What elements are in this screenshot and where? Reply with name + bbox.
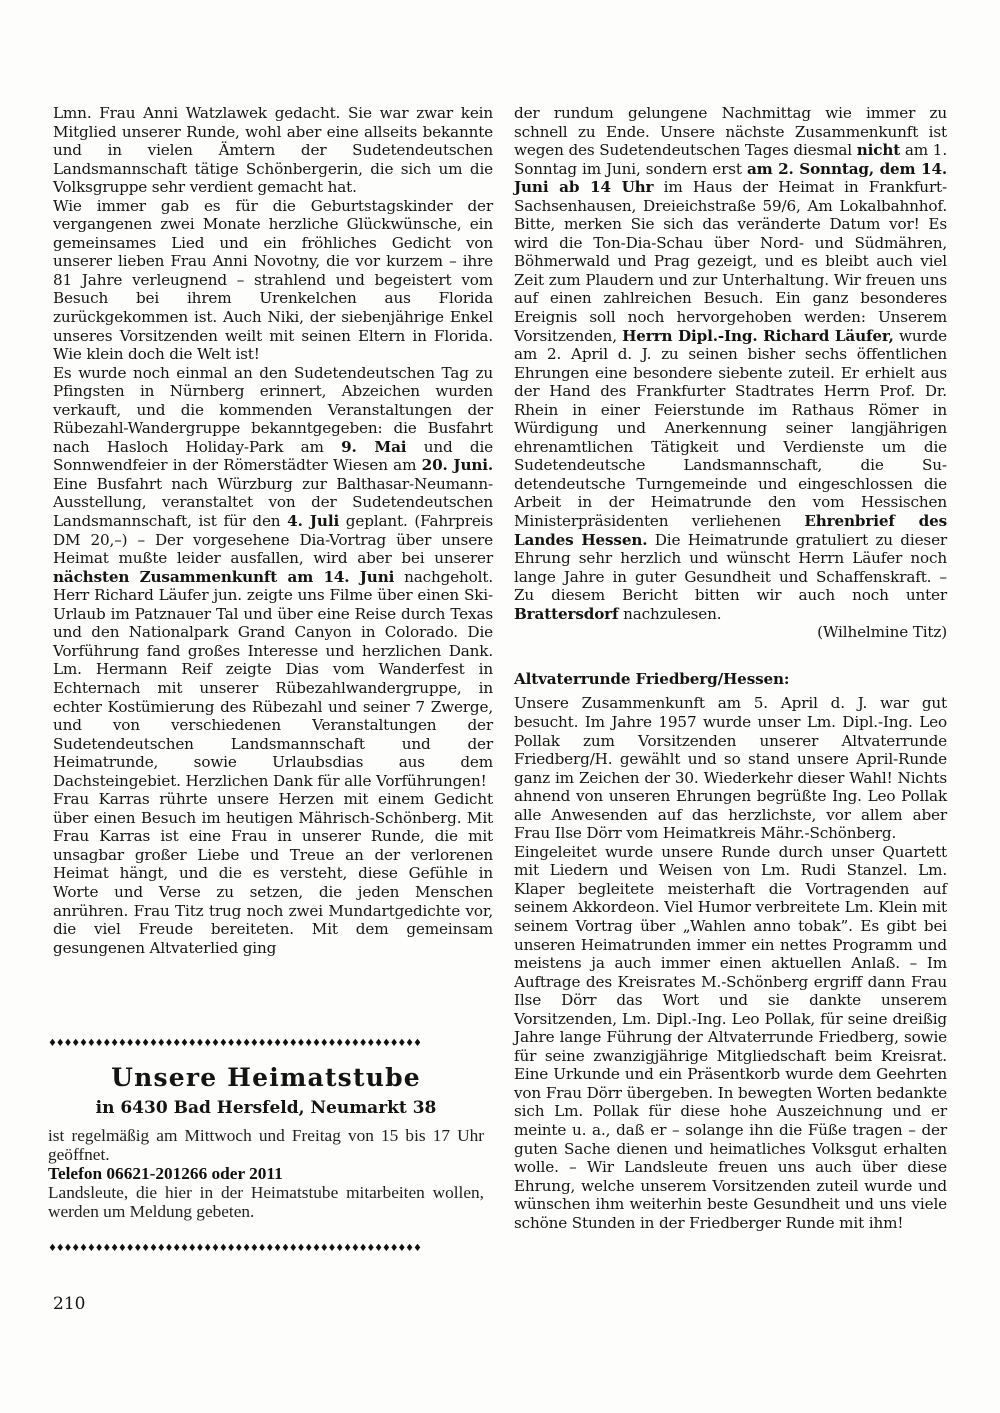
phone-number: Telefon 06621-201266 oder 2011 — [48, 1164, 484, 1183]
author-signature: (Wilhelmine Titz) — [514, 623, 947, 642]
date-9-mai: 9. Mai — [341, 438, 406, 456]
paragraph-events: Es wurde noch einmal an den Sudetendeuts… — [53, 364, 493, 791]
paragraph-watzlawek: Lmn. Frau Anni Watzlawek gedacht. Sie wa… — [53, 104, 493, 197]
cross-reference: Brattersdorf — [514, 605, 618, 623]
right-column: der rundum gelungene Nachmittag wie imme… — [514, 104, 947, 1232]
opening-hours: ist regelmäßig am Mittwoch und Freitag v… — [48, 1126, 484, 1164]
volunteer-appeal: Landsleute, die hier in der Heimatstube … — [48, 1183, 484, 1221]
section-heading: Altvaterrunde Friedberg/Hessen: — [514, 670, 947, 689]
date-20-juni: 20. Juni. — [422, 456, 493, 474]
date-4-juli: 4. Juli — [287, 512, 339, 530]
paragraph-birthdays: Wie immer gab es für die Geburtstagskind… — [53, 197, 493, 364]
heimatstube-notice: ♦♦♦♦♦♦♦♦♦♦♦♦♦♦♦♦♦♦♦♦♦♦♦♦♦♦♦♦♦♦♦♦♦♦♦♦♦♦♦♦… — [48, 1038, 484, 1255]
page-number: 210 — [53, 1294, 85, 1314]
left-column: Lmn. Frau Anni Watzlawek gedacht. Sie wa… — [53, 104, 493, 957]
notice-address: in 6430 Bad Hersfeld, Neumarkt 38 — [48, 1098, 484, 1118]
notice-title: Unsere Heimatstube — [48, 1064, 484, 1092]
notice-body: ist regelmäßig am Mittwoch und Freitag v… — [48, 1126, 484, 1221]
paragraph-friedberg-program: Eingeleitet wurde unsere Runde durch uns… — [514, 843, 947, 1232]
paragraph-friedberg-intro: Unsere Zusammenkunft am 5. April d. J. w… — [514, 694, 947, 842]
diamond-divider-top: ♦♦♦♦♦♦♦♦♦♦♦♦♦♦♦♦♦♦♦♦♦♦♦♦♦♦♦♦♦♦♦♦♦♦♦♦♦♦♦♦… — [48, 1038, 484, 1050]
diamond-divider-bottom: ♦♦♦♦♦♦♦♦♦♦♦♦♦♦♦♦♦♦♦♦♦♦♦♦♦♦♦♦♦♦♦♦♦♦♦♦♦♦♦♦… — [48, 1243, 484, 1255]
next-meeting-highlight: näch­sten Zusammenkunft am 14. Juni — [53, 568, 394, 586]
paragraph-next-meeting: der rundum gelungene Nachmittag wie imme… — [514, 104, 947, 623]
paragraph-karras: Frau Karras rührte unsere Herzen mit ein… — [53, 790, 493, 957]
honoree-name: Herrn Dipl.-Ing. Richard Läufer, — [622, 327, 894, 345]
